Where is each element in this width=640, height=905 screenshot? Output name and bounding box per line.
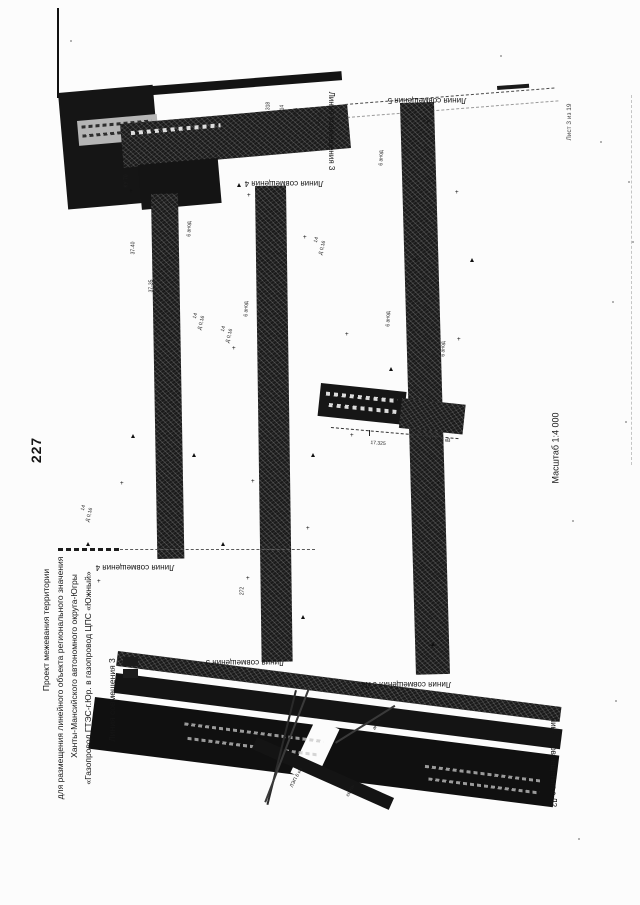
cross-mark: + — [129, 189, 133, 195]
triangle-mark — [221, 542, 225, 546]
triangle-mark — [470, 258, 474, 262]
annotation: Д 0,16 — [86, 507, 95, 522]
annotation: 14 — [221, 326, 227, 333]
annotation: КУ 70 — [125, 174, 130, 187]
frame-line-left — [57, 8, 59, 98]
annotation: Д 0,16 — [198, 315, 207, 330]
annotation: 110 кВ — [435, 438, 450, 444]
triangle-mark — [86, 542, 90, 546]
triangle-mark — [301, 615, 305, 619]
survey-tick — [431, 435, 432, 441]
scan-speck — [600, 141, 602, 143]
annotation: 37-40 — [132, 242, 137, 255]
line-label-sovm-l2: Линия совмещения с Л2 — [549, 717, 557, 807]
boundary-dash-light — [120, 549, 315, 550]
triangle-mark — [311, 453, 315, 457]
annotation: 6 анод — [380, 150, 385, 165]
cross-mark: + — [345, 332, 349, 338]
annotation: 6 анод — [442, 341, 447, 356]
annotation: 14 — [193, 313, 199, 320]
cross-mark: + — [414, 258, 418, 264]
vertical-band-line4-east — [255, 186, 293, 662]
line-label-sovm5-top: Линия совмещения 5 — [388, 96, 467, 104]
cross-mark: + — [303, 235, 307, 241]
title-region: Ханты-Мансийского автономного округа-Югр… — [70, 574, 79, 758]
annotation: 17.325 — [370, 441, 386, 447]
cross-mark: + — [246, 576, 250, 582]
cross-mark: + — [441, 572, 445, 578]
cross-band-left — [318, 383, 407, 425]
scan-speck — [628, 181, 630, 183]
triangle-mark — [431, 642, 435, 646]
cross-mark: + — [163, 343, 167, 349]
scan-speck — [572, 520, 574, 522]
frame-dashes-right — [631, 95, 632, 465]
title-purpose: для размещения линейного объекта региона… — [56, 557, 65, 800]
scale-label: Масштаб 1:4 000 — [552, 412, 561, 483]
annotation: 37-35 — [150, 280, 155, 293]
cross-mark: + — [251, 479, 255, 485]
scan-speck — [500, 55, 502, 57]
cross-mark: + — [455, 190, 459, 196]
line-label-sovm4-bottom: Линия совмещения 4 — [96, 563, 175, 571]
annotation: 14 — [81, 505, 87, 512]
title-line-name: Линия совмещения 3 — [108, 658, 117, 742]
annotation: 318 — [267, 102, 272, 110]
cross-mark: + — [426, 120, 430, 126]
scan-speck — [615, 700, 617, 702]
cross-mark: + — [457, 337, 461, 343]
cross-mark: + — [97, 579, 101, 585]
band-dash-text — [326, 392, 398, 404]
page-number: 227 — [29, 437, 43, 463]
scan-speck — [632, 241, 634, 243]
cross-mark: + — [232, 346, 236, 352]
cross-mark: + — [350, 433, 354, 439]
triangle-mark — [389, 367, 393, 371]
annotation: Д 0,16 — [226, 328, 235, 343]
cross-mark: + — [306, 526, 310, 532]
scan-speck — [578, 838, 580, 840]
vertical-band-line5 — [400, 102, 450, 675]
sheet-label: Лист 3 из 19 — [567, 104, 574, 141]
annotation: 272 — [241, 587, 246, 595]
annotation: 14 — [314, 237, 320, 244]
corridor-band-top-thin — [140, 71, 342, 96]
line-label-sovm-l4: Линия совмещения с Л4 — [361, 680, 451, 688]
legend-swatch — [123, 669, 138, 678]
cross-mark: + — [247, 193, 251, 199]
cross-mark: + — [437, 481, 441, 487]
triangle-mark — [237, 183, 241, 187]
annotation: 6 анод — [245, 301, 250, 316]
line-label-sovm3: Линия совмещения 3 — [327, 92, 335, 171]
legend-swatch — [123, 657, 138, 666]
line-label-sovm5-bottom: Линия совмещения 5 — [206, 658, 285, 666]
annotation: 314 — [281, 105, 286, 113]
vertical-band-line4-west — [151, 194, 184, 559]
band-dash-text — [329, 403, 397, 414]
title-object: «Газопровод ГТЭС-г.Юр. в газопровод ЦПС … — [84, 571, 93, 784]
scanned-document-page: 227 Проект межевания территории для разм… — [0, 0, 640, 905]
title-project: Проект межевания территории — [42, 569, 51, 691]
annotation: Д 0,16 — [319, 240, 328, 255]
triangle-mark — [192, 453, 196, 457]
annotation: 6 анод — [387, 311, 392, 326]
annotation: 316 — [295, 108, 300, 116]
scan-speck — [625, 421, 627, 423]
line-label-sovm4-top: Линия совмещения 4 — [245, 179, 324, 187]
triangle-mark — [131, 434, 135, 438]
survey-tick — [369, 430, 370, 436]
cross-mark: + — [120, 481, 124, 487]
annotation: 6 анод — [188, 221, 193, 236]
scan-speck — [612, 301, 614, 303]
boundary-dash-dark — [58, 548, 120, 551]
band-dash-text — [131, 123, 221, 135]
scan-speck — [70, 40, 72, 42]
